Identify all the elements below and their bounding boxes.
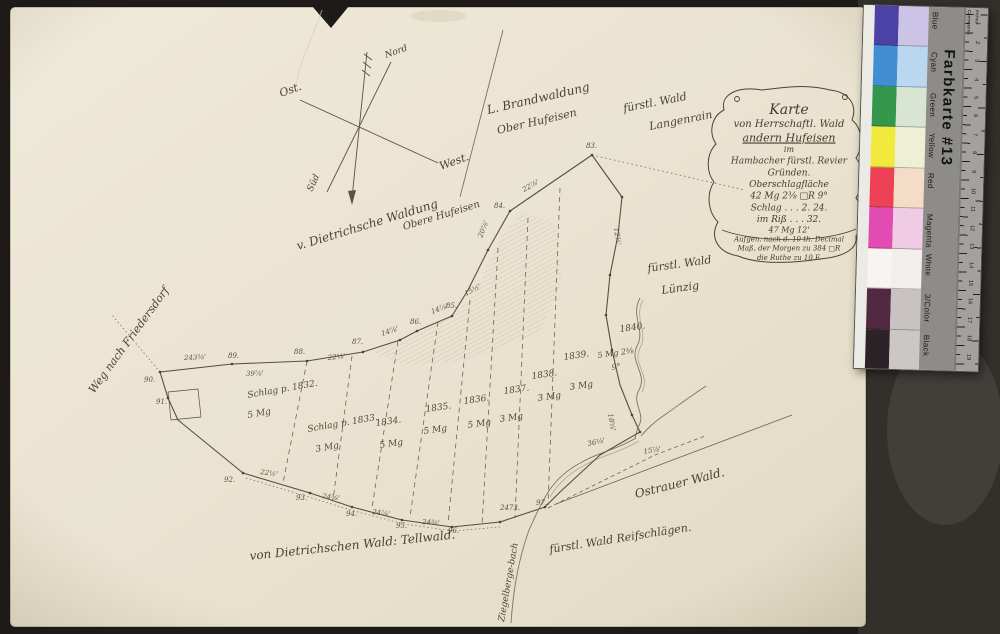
survey-station-dot: [509, 210, 512, 213]
survey-station-dot: [416, 330, 419, 333]
color-row-label: Magenta: [924, 213, 934, 247]
ruler-cm-number: 13: [968, 243, 974, 249]
color-patch-pale-blue: [898, 6, 929, 47]
map-annotation: 9°: [611, 362, 621, 372]
ruler-cm-number: 9: [970, 170, 976, 173]
color-patch-pale-cyan: [897, 46, 928, 87]
cartouche-line: andern Hufeisen: [742, 132, 835, 145]
map-annotation: 86.: [410, 318, 421, 326]
ruler-cm-number: 2: [974, 41, 980, 44]
survey-station-dot: [591, 154, 594, 157]
color-patch-solid-cyan: [873, 46, 898, 87]
color-patch-pale-black: [889, 329, 920, 369]
ruler-cm-number: 1: [974, 22, 980, 25]
map-annotation: 24⅜': [421, 518, 440, 527]
scanned-map-photo: Ost. West. Nord Süd Kartevon Herrschaftl…: [0, 0, 1000, 634]
color-patch-pale-white: [891, 249, 922, 290]
ruler-cm-number: 10: [970, 188, 976, 194]
color-patch-solid-3color: [866, 288, 891, 329]
map-annotation: 95.: [396, 522, 407, 530]
cartouche-line: im: [784, 145, 795, 154]
survey-station-dot: [451, 315, 454, 318]
color-patch-solid-red: [869, 167, 894, 208]
cartouche-line: 47 Mg 12': [768, 226, 810, 235]
map-annotation: 94.: [346, 510, 357, 518]
paper-smudge: [410, 10, 466, 22]
ruler-cm-number: 17: [966, 317, 972, 323]
cartouche-line: Hambacher fürstl. Revier: [730, 157, 848, 167]
survey-station-dot: [242, 472, 245, 475]
survey-station-dot: [159, 371, 162, 374]
ruler-cm-number: 12: [969, 225, 975, 231]
map-annotation: 92.: [224, 476, 235, 484]
map-annotation: 84.: [494, 202, 505, 210]
survey-station-dot: [487, 249, 490, 252]
map-annotation: 87.: [352, 338, 363, 346]
ruler-centimetres-label: Centimetres: [966, 10, 972, 35]
survey-station-dot: [309, 492, 312, 495]
color-patch-pale-green: [896, 87, 927, 128]
color-row-label: Red: [926, 173, 935, 189]
survey-station-dot: [351, 506, 354, 509]
map-annotation: 88.: [294, 348, 305, 356]
map-annotation: 96.: [448, 527, 459, 535]
survey-station-dot: [306, 360, 309, 363]
cartouche-line: 42 Mg 2⅜ □R 9°: [749, 192, 828, 202]
cartouche-line: Aufgen. nach d. 10 th. Decimal: [733, 236, 844, 244]
color-card-title: Farbkarte #13: [938, 49, 958, 166]
color-patch-solid-magenta: [868, 207, 893, 248]
cartouche-line: Karte: [768, 102, 808, 118]
survey-station-dot: [621, 196, 624, 199]
cartouche-line: die Ruthe zu 10 F.: [757, 254, 821, 262]
map-annotation: 90.: [144, 376, 155, 384]
ruler-cm-number: 18: [966, 335, 972, 341]
map-annotation: 243⅜': [183, 353, 206, 362]
color-patch-pale-3color: [890, 289, 921, 330]
ruler-cm-number: 11: [969, 206, 975, 212]
ruler-cm-number: 14: [968, 262, 974, 268]
color-row-label: Yellow: [927, 133, 937, 158]
cartouche-line: Maß, der Morgen zu 384 □R: [737, 245, 841, 253]
ruler-cm-number: 16: [967, 298, 973, 304]
color-row-label: Cyan: [929, 52, 939, 73]
cartouche-line: Oberschlagfläche: [749, 180, 829, 190]
map-annotation: 89.: [228, 352, 239, 360]
survey-station-dot: [639, 431, 642, 434]
color-patch-pale-magenta: [892, 208, 923, 249]
color-patch-solid-yellow: [870, 127, 895, 168]
survey-station-dot: [399, 339, 402, 342]
color-patch-solid-green: [872, 86, 897, 127]
map-annotation: 91.: [156, 398, 167, 406]
cartouche-line: von Herrschaftl. Wald: [734, 119, 845, 130]
color-row-label: Black: [921, 334, 931, 356]
ruler-cm-number: 4: [973, 78, 979, 81]
survey-station-dot: [499, 521, 502, 524]
survey-station-dot: [231, 363, 234, 366]
map-annotation: 2473.: [499, 504, 520, 512]
color-patch-pale-yellow: [894, 127, 925, 168]
map-annotation: 85.: [446, 302, 457, 310]
map-annotation: 97.: [536, 499, 547, 507]
ruler-cm-number: 3: [973, 59, 979, 62]
survey-station-dot: [401, 519, 404, 522]
map-drawing: Ost. West. Nord Süd Kartevon Herrschaftl…: [0, 0, 1000, 634]
survey-station-dot: [609, 274, 612, 277]
color-row-label: White: [923, 254, 933, 277]
color-card: Farbkarte #13 BlueCyanGreenYellowRedMage…: [854, 5, 988, 371]
cartouche-line: Gründen.: [768, 168, 811, 178]
map-annotation: 93.: [296, 494, 307, 502]
map-annotation: 83.: [586, 142, 597, 150]
cartouche-line: im Riß . . . 32.: [757, 215, 821, 225]
color-patch-pale-red: [893, 168, 924, 209]
survey-station-dot: [605, 314, 608, 317]
ruler-cm-number: 6: [972, 114, 978, 117]
color-patch-solid-blue: [874, 5, 899, 46]
survey-station-dot: [631, 414, 634, 417]
ruler-cm-number: 7: [971, 133, 977, 136]
ruler-cm-number: 15: [967, 280, 973, 286]
color-row-label: Green: [928, 92, 938, 116]
ruler-cm-number: 5: [972, 96, 978, 99]
color-row-label: Blue: [930, 12, 939, 30]
map-annotation: 39⅞': [246, 369, 264, 378]
color-row-label: 3/Color: [922, 294, 932, 323]
cartouche-line: Schlag . . . 2. 24.: [751, 203, 828, 213]
ruler-cm-number: 8: [971, 151, 977, 154]
color-patch-solid-white: [867, 248, 892, 289]
color-patch-solid-black: [865, 329, 890, 369]
survey-station-dot: [362, 351, 365, 354]
ruler-cm-number: 19: [965, 354, 971, 360]
